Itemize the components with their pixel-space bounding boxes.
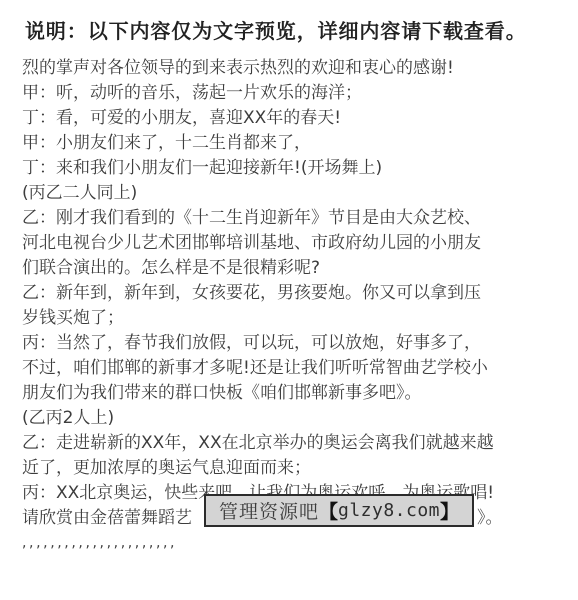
watermark-domain: glzy8.com: [338, 500, 440, 521]
watermark-bracket-close: 】: [440, 497, 459, 524]
text-line: 丁：看，可爱的小朋友，喜迎XX年的春天!: [22, 106, 572, 131]
watermark-badge: 管理资源吧【glzy8.com】: [204, 494, 474, 527]
watermark-site-name: 管理资源吧: [219, 497, 319, 524]
partial-line-before: 请欣赏由金蓓蕾舞蹈艺: [22, 508, 192, 528]
text-line: (丙乙二人同上): [22, 181, 572, 206]
partial-line-after: 》。: [477, 508, 503, 528]
text-line: (乙丙2人上): [22, 406, 572, 431]
text-line: 乙：走进崭新的XX年，XX在北京举办的奥运会离我们就越来越: [22, 431, 572, 456]
document-body: 烈的掌声对各位领导的到来表示热烈的欢迎和衷心的感谢!甲：听，动听的音乐，荡起一片…: [22, 56, 572, 556]
text-line: 烈的掌声对各位领导的到来表示热烈的欢迎和衷心的感谢!: [22, 56, 572, 81]
text-line: 朋友们为我们带来的群口快板《咱们邯郸新事多吧》。: [22, 381, 572, 406]
text-line: 乙：刚才我们看到的《十二生肖迎新年》节目是由大众艺校、: [22, 206, 572, 231]
preview-page: 说明：以下内容仅为文字预览，详细内容请下载查看。 烈的掌声对各位领导的到来表示热…: [0, 0, 578, 600]
text-line: 河北电视台少儿艺术团邯郸培训基地、市政府幼儿园的小朋友: [22, 231, 572, 256]
text-line: 丙：当然了，春节我们放假，可以玩，可以放炮，好事多了，: [22, 331, 572, 356]
watermark-bracket-open: 【: [319, 497, 338, 524]
text-line: 甲：听，动听的音乐，荡起一片欢乐的海洋；: [22, 81, 572, 106]
text-line: 乙：新年到，新年到，女孩要花，男孩要炮。你又可以拿到压: [22, 281, 572, 306]
text-line: 们联合演出的。怎么样是不是很精彩呢?: [22, 256, 572, 281]
truncation-ellipsis-line: ,,,,,,,,,,,,,,,,,,,,,,: [22, 531, 572, 556]
document-lines: 烈的掌声对各位领导的到来表示热烈的欢迎和衷心的感谢!甲：听，动听的音乐，荡起一片…: [22, 56, 572, 506]
text-line: 岁钱买炮了；: [22, 306, 572, 331]
text-line: 近了，更加浓厚的奥运气息迎面而来；: [22, 456, 572, 481]
text-line: 不过，咱们邯郸的新事才多呢!还是让我们听听常智曲艺学校小: [22, 356, 572, 381]
preview-notice-header: 说明：以下内容仅为文字预览，详细内容请下载查看。: [25, 15, 570, 44]
text-line: 甲：小朋友们来了，十二生肖都来了，: [22, 131, 572, 156]
text-line: 丁：来和我们小朋友们一起迎接新年!(开场舞上): [22, 156, 572, 181]
